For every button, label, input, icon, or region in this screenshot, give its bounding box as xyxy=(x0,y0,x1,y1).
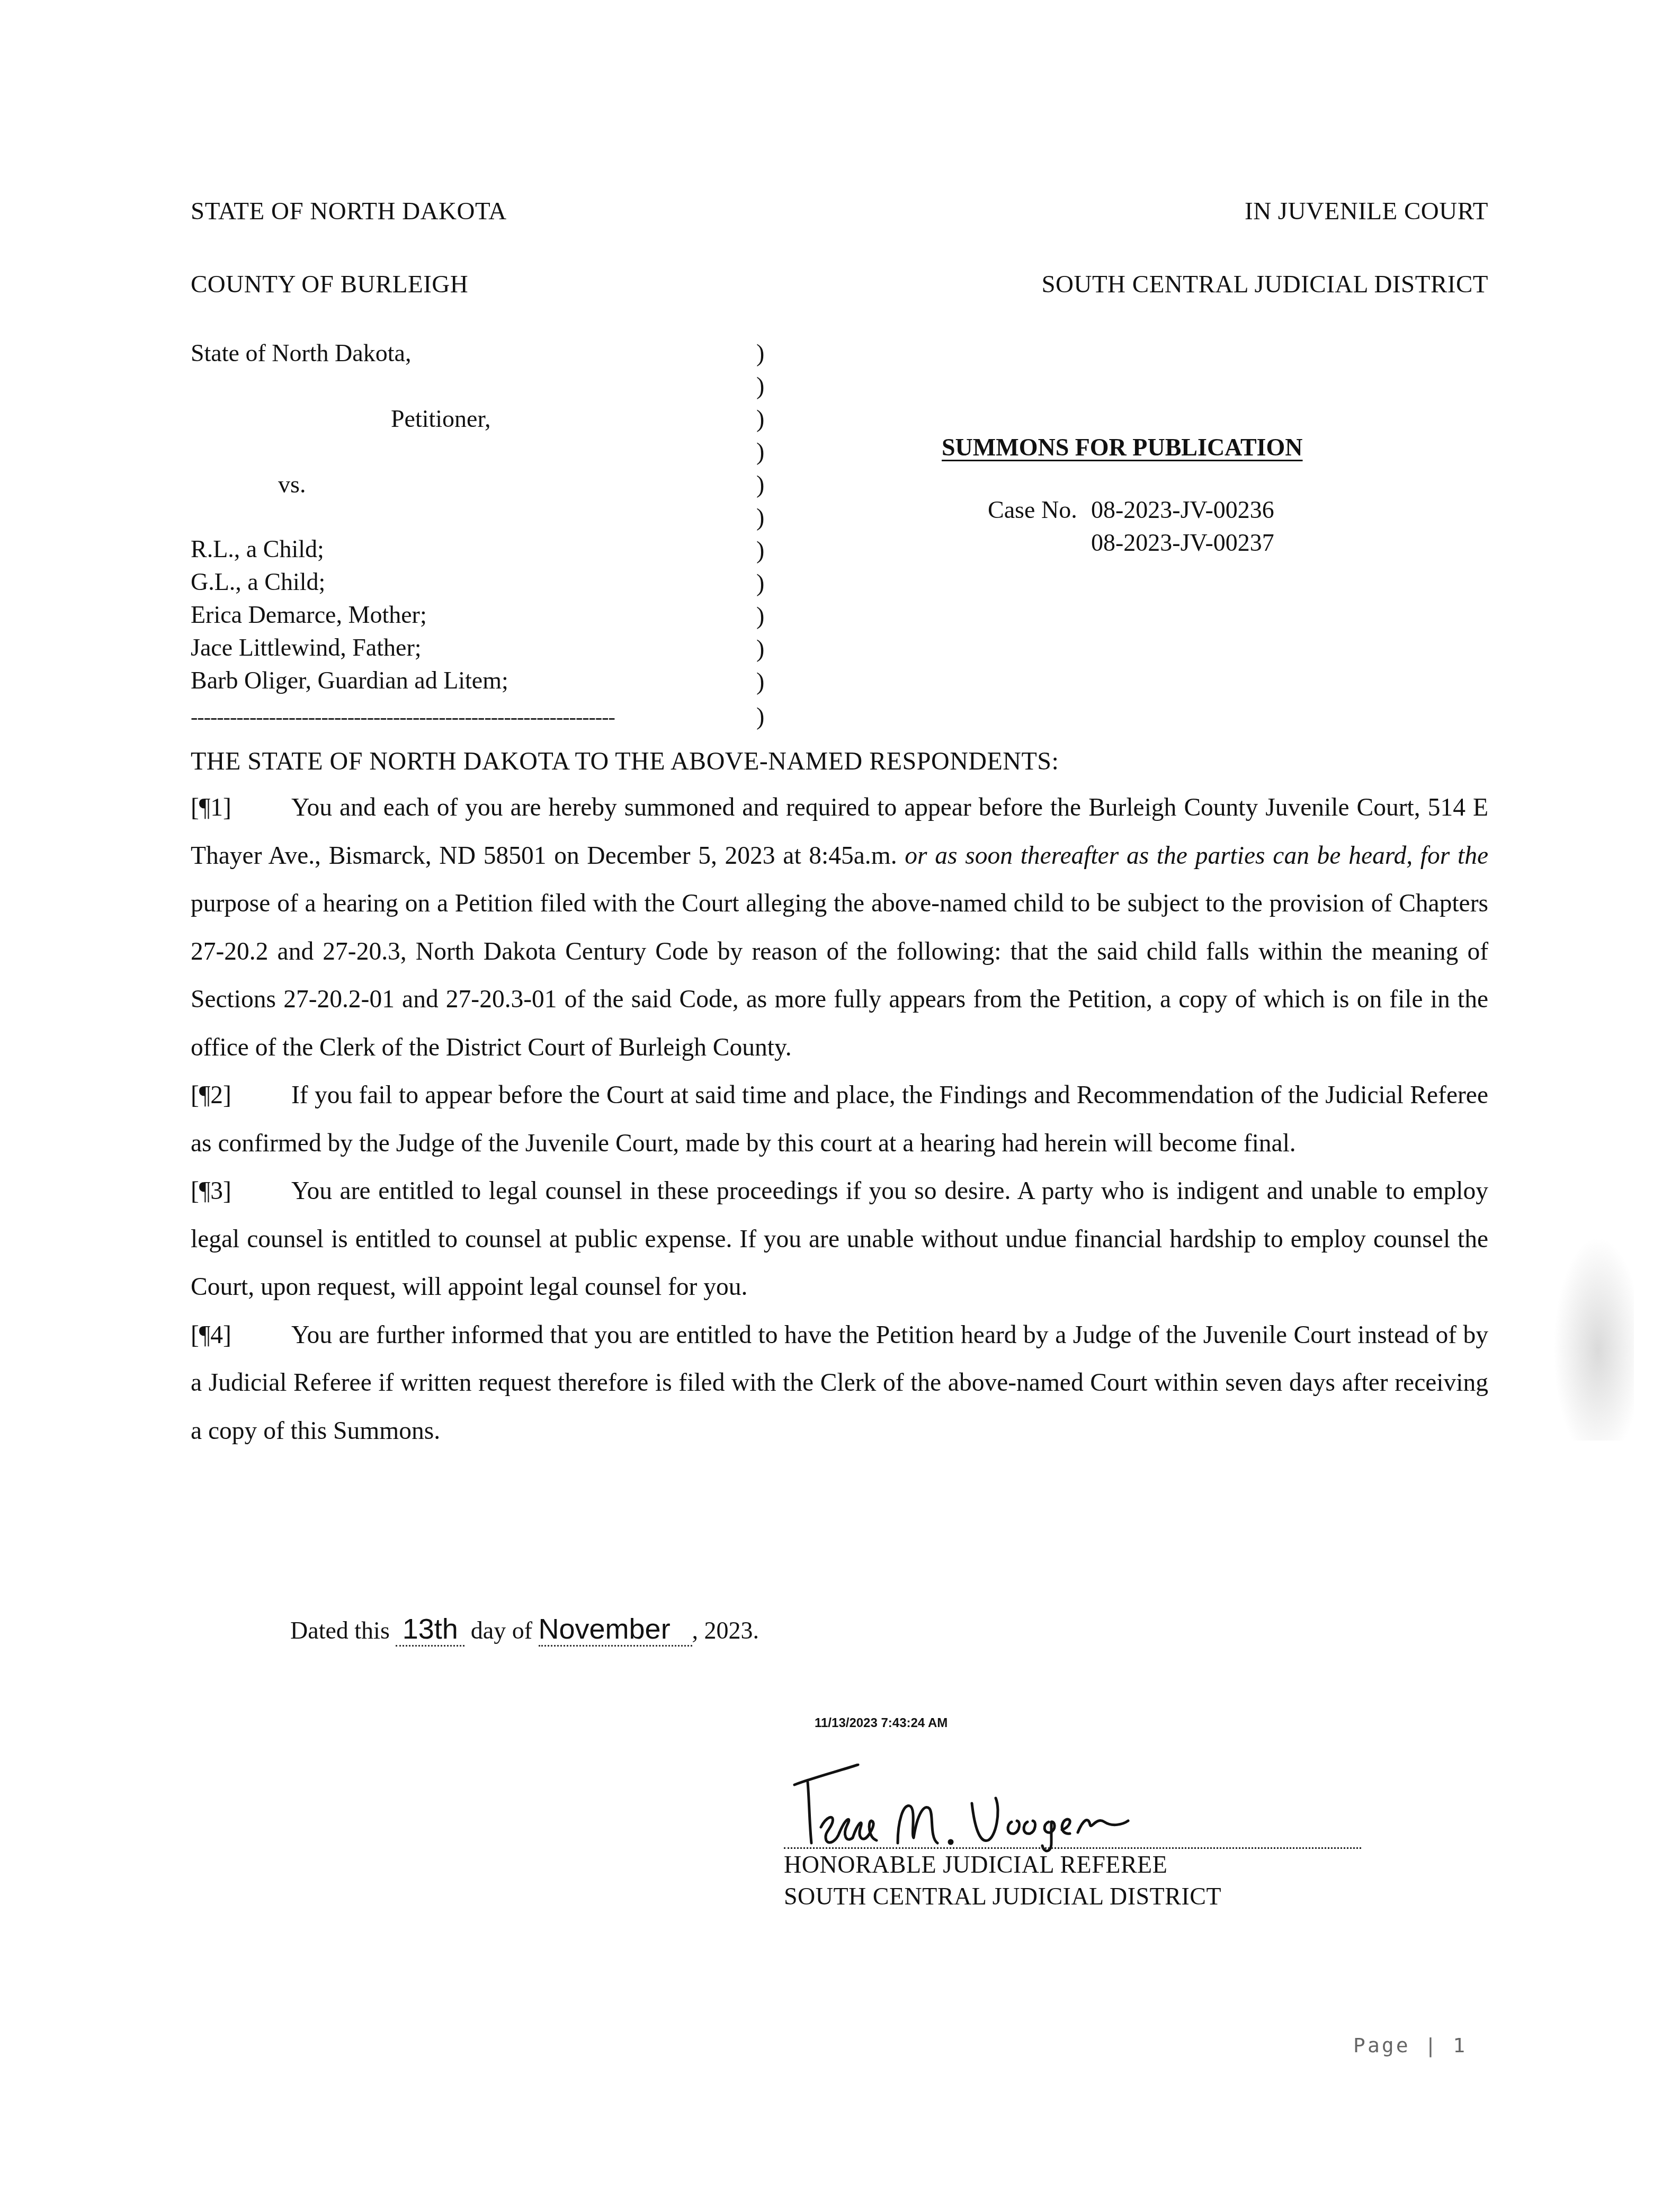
paragraph-4: [¶4]You are further informed that you ar… xyxy=(191,1311,1488,1455)
paragraph-2: [¶2]If you fail to appear before the Cou… xyxy=(191,1071,1488,1167)
paragraph-1: [¶1]You and each of you are hereby summo… xyxy=(191,784,1488,1071)
signer-district: SOUTH CENTRAL JUDICIAL DISTRICT xyxy=(784,1882,1221,1910)
party-respondent: G.L., a Child; xyxy=(191,568,325,596)
caption-paren: ) xyxy=(756,470,764,498)
paragraph-3: [¶3]You are entitled to legal counsel in… xyxy=(191,1167,1488,1311)
district-heading: SOUTH CENTRAL JUDICIAL DISTRICT xyxy=(1041,270,1488,299)
caption-paren: ) xyxy=(756,405,764,433)
scan-smudge xyxy=(1554,1239,1634,1441)
party-respondent: R.L., a Child; xyxy=(191,535,324,563)
caption-paren: ) xyxy=(756,667,764,695)
caption-paren: ) xyxy=(756,634,764,663)
party-petitioner-name: State of North Dakota, xyxy=(191,339,411,367)
dated-suffix: , 2023. xyxy=(692,1617,759,1644)
paragraph-text: If you fail to appear before the Court a… xyxy=(191,1081,1488,1157)
signature-timestamp: 11/13/2023 7:43:24 AM xyxy=(815,1716,948,1731)
party-respondent: Jace Littlewind, Father; xyxy=(191,633,422,661)
caption-paren: ) xyxy=(756,372,764,400)
paragraph-text: purpose of a hearing on a Petition filed… xyxy=(191,890,1488,1061)
signer-title: HONORABLE JUDICIAL REFEREE xyxy=(784,1850,1167,1879)
caption-paren: ) xyxy=(756,702,764,730)
signature-line xyxy=(784,1847,1361,1849)
paragraph-text: You are entitled to legal counsel in the… xyxy=(191,1177,1488,1301)
party-respondent: Barb Oliger, Guardian ad Litem; xyxy=(191,666,508,694)
document-title: SUMMONS FOR PUBLICATION xyxy=(942,433,1303,461)
caption-paren: ) xyxy=(756,339,764,367)
paragraph-number: [¶3] xyxy=(191,1167,291,1215)
case-number-1: 08-2023-JV-00236 xyxy=(1091,496,1274,524)
page-number: Page | 1 xyxy=(1353,2034,1467,2057)
paragraph-number: [¶2] xyxy=(191,1071,291,1120)
case-number-2: 08-2023-JV-00237 xyxy=(1091,529,1274,557)
case-number-label: Case No. xyxy=(988,496,1077,524)
caption-paren: ) xyxy=(756,437,764,466)
court-heading: IN JUVENILE COURT xyxy=(1245,197,1488,226)
signature-image xyxy=(784,1764,1250,1854)
paragraph-text: You are further informed that you are en… xyxy=(191,1321,1488,1445)
dated-middle: day of xyxy=(471,1617,532,1644)
party-petitioner-role: Petitioner, xyxy=(391,405,491,433)
dated-month-field: November xyxy=(539,1614,692,1647)
caption-paren: ) xyxy=(756,536,764,564)
caption-paren: ) xyxy=(756,503,764,531)
address-line: THE STATE OF NORTH DAKOTA TO THE ABOVE-N… xyxy=(191,747,1059,776)
caption-paren: ) xyxy=(756,569,764,597)
dated-day-field: 13th xyxy=(396,1614,464,1647)
county-heading: COUNTY OF BURLEIGH xyxy=(191,270,468,299)
versus-label: vs. xyxy=(278,470,306,498)
paragraph-text-italic: or as soon thereafter as the parties can… xyxy=(905,842,1488,870)
party-respondent: Erica Demarce, Mother; xyxy=(191,601,427,629)
caption-paren: ) xyxy=(756,602,764,630)
state-heading: STATE OF NORTH DAKOTA xyxy=(191,197,507,226)
dated-line: Dated this 13th day of November, 2023. xyxy=(290,1614,759,1647)
summons-body: [¶1]You and each of you are hereby summo… xyxy=(191,784,1488,1455)
caption-separator: ----------------------------------------… xyxy=(191,704,615,729)
dated-prefix: Dated this xyxy=(290,1617,390,1644)
paragraph-number: [¶1] xyxy=(191,784,291,832)
paragraph-number: [¶4] xyxy=(191,1311,291,1360)
